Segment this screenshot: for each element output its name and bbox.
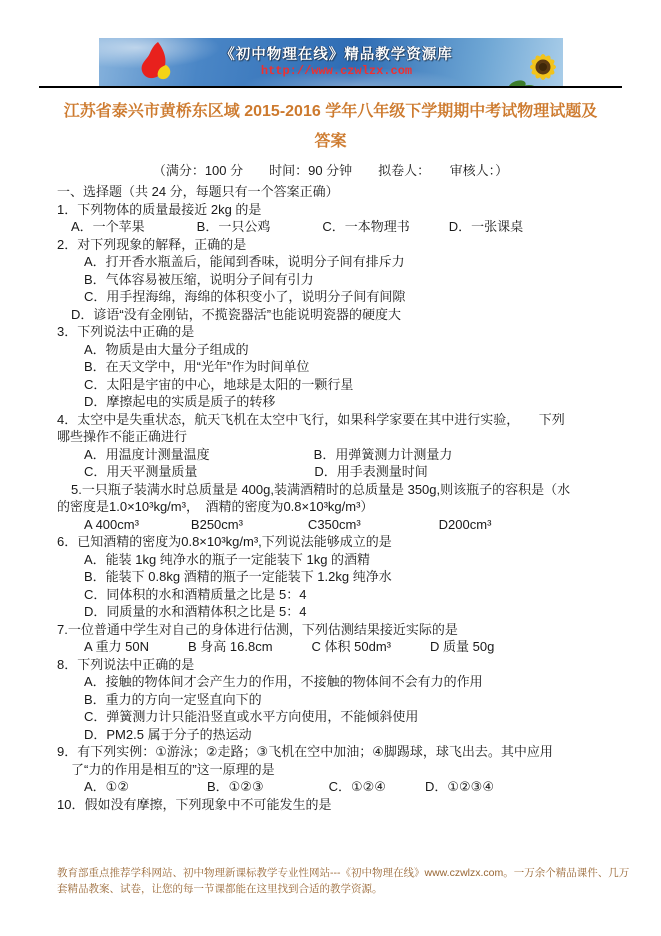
question-2-option-d: D．谚语“没有金刚钻，不揽瓷器活”也能说明瓷器的硬度大 (57, 306, 639, 324)
sunflower-icon (499, 38, 563, 86)
site-banner: 《初中物理在线》精品教学资源库 http://www.czwlzx.com (0, 0, 661, 88)
question-3-option-d: D．摩擦起电的实质是质子的转移 (57, 393, 639, 411)
question-3-option-c: C．太阳是宇宙的中心，地球是太阳的一颗行星 (57, 376, 639, 394)
header-divider (39, 86, 622, 88)
question-5-text-cont: 的密度是1.0×10³kg/m³， 酒精的密度为0.8×10³kg/m³） (57, 498, 639, 516)
question-4-options-cd: C．用天平测量质量 D．用手表测量时间 (57, 463, 639, 481)
document-title: 江苏省泰兴市黄桥东区域 2015-2016 学年八年级下学期期中考试物理试题及 … (30, 97, 631, 157)
question-9-text-cont: 了“力的作用是相互的”这一原理的是 (57, 761, 639, 779)
exam-document-page: 《初中物理在线》精品教学资源库 http://www.czwlzx.com (0, 0, 661, 936)
exam-info: （满分：100 分 时间：90 分钟 拟卷人： 审核人：） (0, 162, 661, 180)
question-6-option-a: A．能装 1kg 纯净水的瓶子一定能装下 1kg 的酒精 (57, 551, 639, 569)
banner-image: 《初中物理在线》精品教学资源库 http://www.czwlzx.com (99, 38, 563, 86)
document-title-line2: 答案 (314, 133, 346, 150)
question-9-options: A．①② B．①②③ C．①②④ D．①②③④ (57, 778, 639, 796)
question-3-text: 3．下列说法中正确的是 (57, 323, 639, 341)
question-4-text: 4．太空中是失重状态，航天飞机在太空中飞行，如果科学家要在其中进行实验， 下列 (57, 411, 639, 429)
question-4-options-ab: A．用温度计测量温度 B．用弹簧测力计测量力 (57, 446, 639, 464)
question-7-options: A 重力 50N B 身高 16.8cm C 体积 50dm³ D 质量 50g (57, 638, 639, 656)
question-8-option-c: C．弹簧测力计只能沿竖直或水平方向使用，不能倾斜使用 (57, 708, 639, 726)
question-6-option-b: B．能装下 0.8kg 酒精的瓶子一定能装下 1.2kg 纯净水 (57, 568, 639, 586)
question-1-options: A．一个苹果 B．一只公鸡 C．一本物理书 D．一张课桌 (57, 218, 639, 236)
question-3-option-a: A．物质是由大量分子组成的 (57, 341, 639, 359)
question-7-text: 7.一位普通中学生对自己的身体进行估测，下列估测结果接近实际的是 (57, 621, 639, 639)
question-8-option-d: D．PM2.5 属于分子的热运动 (57, 726, 639, 744)
question-8-option-b: B．重力的方向一定竖直向下的 (57, 691, 639, 709)
banner-site-url: http://www.czwlzx.com (179, 64, 495, 78)
question-10-text: 10．假如没有摩擦，下列现象中不可能发生的是 (57, 796, 639, 814)
question-8-option-a: A．接触的物体间才会产生力的作用，不接触的物体间不会有力的作用 (57, 673, 639, 691)
question-2-text: 2．对下列现象的解释，正确的是 (57, 236, 639, 254)
footer-note: 教育部重点推荐学科网站、初中物理新课标教学专业性网站---《初中物理在线》www… (0, 865, 661, 897)
banner-text-block: 《初中物理在线》精品教学资源库 http://www.czwlzx.com (179, 47, 499, 78)
question-list: 一、选择题（共 24 分，每题只有一个答案正确）1．下列物体的质量最接近 2kg… (0, 183, 661, 813)
question-4-text-cont: 哪些操作不能正确进行 (57, 428, 639, 446)
question-2-option-b: B．气体容易被压缩，说明分子间有引力 (57, 271, 639, 289)
document-title-line1: 江苏省泰兴市黄桥东区域 2015-2016 学年八年级下学期期中考试物理试题及 (64, 103, 597, 120)
section-header: 一、选择题（共 24 分，每题只有一个答案正确） (57, 183, 639, 201)
question-3-option-b: B．在天文学中，用“光年”作为时间单位 (57, 358, 639, 376)
banner-site-title: 《初中物理在线》精品教学资源库 (179, 47, 495, 64)
question-2-option-a: A．打开香水瓶盖后，能闻到香味，说明分子间有排斥力 (57, 253, 639, 271)
question-2-option-c: C．用手捏海绵，海绵的体积变小了，说明分子间有间隙 (57, 288, 639, 306)
question-6-text: 6．已知酒精的密度为0.8×10³kg/m³,下列说法能够成立的是 (57, 533, 639, 551)
question-5-options: A 400cm³ B250cm³ C350cm³ D200cm³ (57, 516, 639, 534)
question-1-text: 1．下列物体的质量最接近 2kg 的是 (57, 201, 639, 219)
question-5-text: 5.一只瓶子装满水时总质量是 400g,装满酒精时的总质量是 350g,则该瓶子… (57, 481, 639, 499)
site-logo-icon (133, 40, 179, 84)
question-6-option-c: C．同体积的水和酒精质量之比是 5：4 (57, 586, 639, 604)
question-8-text: 8．下列说法中正确的是 (57, 656, 639, 674)
question-6-option-d: D．同质量的水和酒精体积之比是 5：4 (57, 603, 639, 621)
question-9-text: 9．有下列实例：①游泳；②走路；③飞机在空中加油；④脚踢球，球飞出去。其中应用 (57, 743, 639, 761)
